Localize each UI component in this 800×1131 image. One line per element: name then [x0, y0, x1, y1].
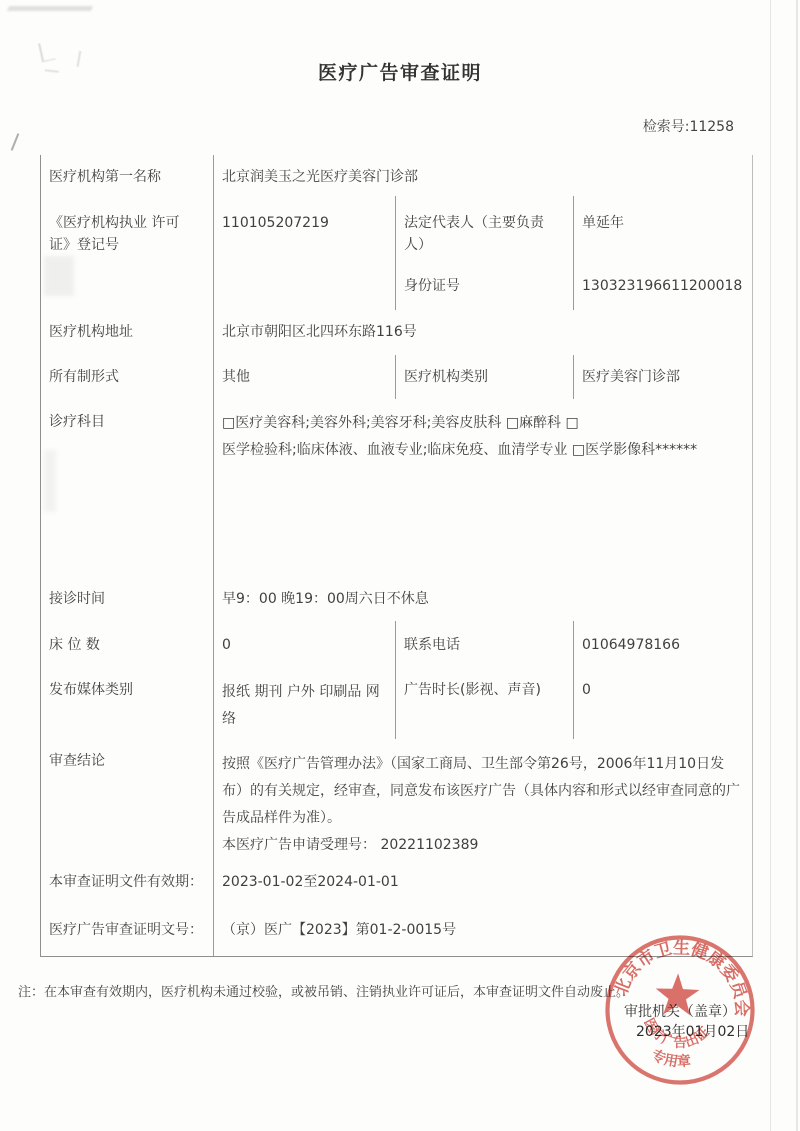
page-title: 医疗广告审查证明 [0, 58, 800, 85]
ad-duration-label: 广告时长(影视、声音) [395, 667, 573, 739]
hours-value: 早9：00 晚19：00周六日不休息 [213, 577, 752, 621]
legal-rep-label: 法定代表人（主要负责 人） [395, 196, 573, 262]
review-label: 审查结论 [41, 739, 213, 854]
table-subrow-legal-rep: 法定代表人（主要负责 人） 单延年 [395, 196, 752, 262]
table-row-media: 发布媒体类别 报纸 期刊 户外 印刷品 网络 广告时长(影视、声音) 0 [41, 667, 752, 739]
phone-value: 01064978166 [573, 621, 752, 667]
address-label: 医疗机构地址 [41, 310, 213, 355]
svg-text:医疗广告出证: 医疗广告出证 [637, 1013, 715, 1058]
id-no-label: 身份证号 [395, 262, 573, 310]
scan-artifact-smudge [7, 6, 93, 11]
table-row-license: 《医疗机构执业 许可 证》登记号 110105207219 法定代表人（主要负责… [41, 196, 752, 310]
scan-artifact-crease [770, 0, 771, 1131]
id-no-value: 130323196611200018 [573, 262, 752, 310]
license-no-label: 《医疗机构执业 许可 证》登记号 [41, 196, 213, 310]
beds-label: 床 位 数 [41, 621, 213, 667]
table-row-address: 医疗机构地址 北京市朝阳区北四环东路116号 [41, 310, 752, 355]
table-row-beds: 床 位 数 0 联系电话 01064978166 [41, 621, 752, 667]
certificate-page: 医疗广告审查证明 检索号:11258 医疗机构第一名称 北京润美玉之光医疗美容门… [0, 0, 800, 1131]
table-row-org-name: 医疗机构第一名称 北京润美玉之光医疗美容门诊部 [41, 155, 752, 196]
org-type-value: 医疗美容门诊部 [573, 355, 752, 399]
phone-label: 联系电话 [395, 621, 573, 667]
org-name-label: 医疗机构第一名称 [41, 155, 213, 196]
org-type-label: 医疗机构类别 [395, 355, 573, 399]
table-row-review: 审查结论 按照《医疗广告管理办法》（国家工商局、卫生部令第26号，2006年11… [41, 739, 752, 854]
table-row-ownership: 所有制形式 其他 医疗机构类别 医疗美容门诊部 [41, 355, 752, 399]
scan-artifact-slash [11, 133, 20, 150]
validity-value: 2023-01-02至2024-01-01 [213, 854, 752, 907]
departments-value: □医疗美容科;美容外科;美容牙科;美容皮肤科 □麻醉科 □ 医学检验科;临床体液… [213, 399, 752, 577]
table-subrow-id-no: 身份证号 130323196611200018 [395, 262, 752, 310]
table-row-hours: 接诊时间 早9：00 晚19：00周六日不休息 [41, 577, 752, 621]
official-seal-stamp: 北京市卫生健康委员会 医疗广告出证 专用章 [600, 930, 760, 1090]
table-row-validity: 本审查证明文件有效期： 2023-01-02至2024-01-01 [41, 854, 752, 907]
media-label: 发布媒体类别 [41, 667, 213, 739]
stamp-star-icon [655, 973, 700, 1016]
license-no-value: 110105207219 [213, 196, 395, 310]
validity-label: 本审查证明文件有效期： [41, 854, 213, 907]
media-value: 报纸 期刊 户外 印刷品 网络 [213, 667, 395, 739]
org-name-value: 北京润美玉之光医疗美容门诊部 [213, 155, 752, 196]
address-value: 北京市朝阳区北四环东路116号 [213, 310, 752, 355]
beds-value: 0 [213, 621, 395, 667]
legal-rep-group: 法定代表人（主要负责 人） 单延年 身份证号 13032319661120001… [395, 196, 752, 310]
table-row-departments: 诊疗科目 □医疗美容科;美容外科;美容牙科;美容皮肤科 □麻醉科 □ 医学检验科… [41, 399, 752, 577]
footer-note: 注：在本审查有效期内，医疗机构未通过校验，或被吊销、注销执业许可证后，本审查证明… [18, 981, 629, 1000]
review-value: 按照《医疗广告管理办法》（国家工商局、卫生部令第26号，2006年11月10日发… [213, 739, 752, 854]
hours-label: 接诊时间 [41, 577, 213, 621]
serial-number: 检索号:11258 [643, 116, 734, 136]
ad-duration-value: 0 [573, 667, 752, 739]
ownership-label: 所有制形式 [41, 355, 213, 399]
legal-rep-value: 单延年 [573, 196, 752, 262]
scan-artifact-page-edge [796, 0, 798, 1131]
ownership-value: 其他 [213, 355, 395, 399]
certificate-table: 医疗机构第一名称 北京润美玉之光医疗美容门诊部 《医疗机构执业 许可 证》登记号… [40, 155, 753, 957]
departments-label: 诊疗科目 [41, 399, 213, 577]
stamp-line1-text: 医疗广告出证 [637, 1013, 715, 1058]
cert-no-label: 医疗广告审查证明文号： [41, 907, 213, 956]
